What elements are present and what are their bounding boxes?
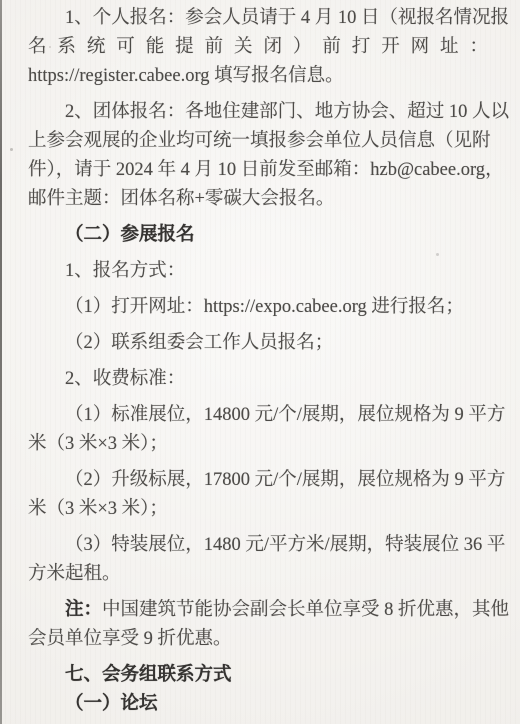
paragraph-line: 米（3 米×3 米）； <box>28 495 488 524</box>
line-text: 件），请于 2024 年 4 月 10 日前发至邮箱： <box>28 160 370 180</box>
paragraph-line: 邮件主题：团体名称+零碳大会报名。 <box>28 185 488 214</box>
heading-exhibition-registration: （二）参展报名 <box>28 221 488 250</box>
paragraph-line: 名系统可能提前关闭）前打开网址： <box>28 33 488 62</box>
paragraph-line: （2）联系组委会工作人员报名； <box>28 329 488 358</box>
paragraph-line-fee-standard: 2、收费标准： <box>28 365 488 394</box>
paragraph-line-group-registration: 2、团体报名：各地住建部门、地方协会、超过 10 人以 <box>28 98 488 127</box>
line-text: （1）打开网址： <box>65 297 204 317</box>
document-content: 1、个人报名：参会人员请于 4 月 10 日（视报名情况报 名系统可能提前关闭）… <box>28 4 488 719</box>
paragraph-line-individual-registration: 1、个人报名：参会人员请于 4 月 10 日（视报名情况报 <box>28 4 488 33</box>
paragraph-line: （1）打开网址：https://expo.cabee.org 进行报名； <box>28 293 488 322</box>
note-text: 中国建筑节能协会副会长单位享受 8 折优惠，其他 <box>102 600 509 620</box>
contact-email: hzb@cabee.org <box>370 160 485 180</box>
note-label: 注： <box>65 600 102 620</box>
line-text: ， <box>485 160 504 180</box>
paragraph-line: 方米起租。 <box>28 560 488 589</box>
heading-contact-section: 七、会务组联系方式 <box>28 661 488 690</box>
paragraph-line: 上参会观展的企业均可统一填报参会单位人员信息（见附 <box>28 127 488 156</box>
line-text: 填写报名信息。 <box>210 66 344 86</box>
paragraph-line: 米（3 米×3 米）； <box>28 430 488 459</box>
paragraph-line: https://register.cabee.org 填写报名信息。 <box>28 62 488 91</box>
document-page: 1、个人报名：参会人员请于 4 月 10 日（视报名情况报 名系统可能提前关闭）… <box>0 0 520 724</box>
register-url: https://register.cabee.org <box>28 66 210 86</box>
scan-edge-artifact <box>0 0 2 724</box>
paragraph-line: 件），请于 2024 年 4 月 10 日前发至邮箱：hzb@cabee.org… <box>28 156 488 185</box>
scan-speck <box>10 148 13 151</box>
paragraph-line-standard-booth: （1）标准展位，14800 元/个/展期，展位规格为 9 平方 <box>28 401 488 430</box>
paragraph-line-upgraded-booth: （2）升级标展，17800 元/个/展期，展位规格为 9 平方 <box>28 466 488 495</box>
note-line: 注：中国建筑节能协会副会长单位享受 8 折优惠，其他 <box>28 596 488 625</box>
paragraph-line-registration-method: 1、报名方式： <box>28 257 488 286</box>
heading-forum-subsection: （一）论坛 <box>28 690 488 719</box>
expo-url: https://expo.cabee.org <box>204 297 367 317</box>
note-line-continued: 会员单位享受 9 折优惠。 <box>28 625 488 654</box>
line-text: 进行报名； <box>367 297 464 317</box>
paragraph-line-custom-booth: （3）特装展位，1480 元/平方米/展期，特装展位 36 平 <box>28 531 488 560</box>
